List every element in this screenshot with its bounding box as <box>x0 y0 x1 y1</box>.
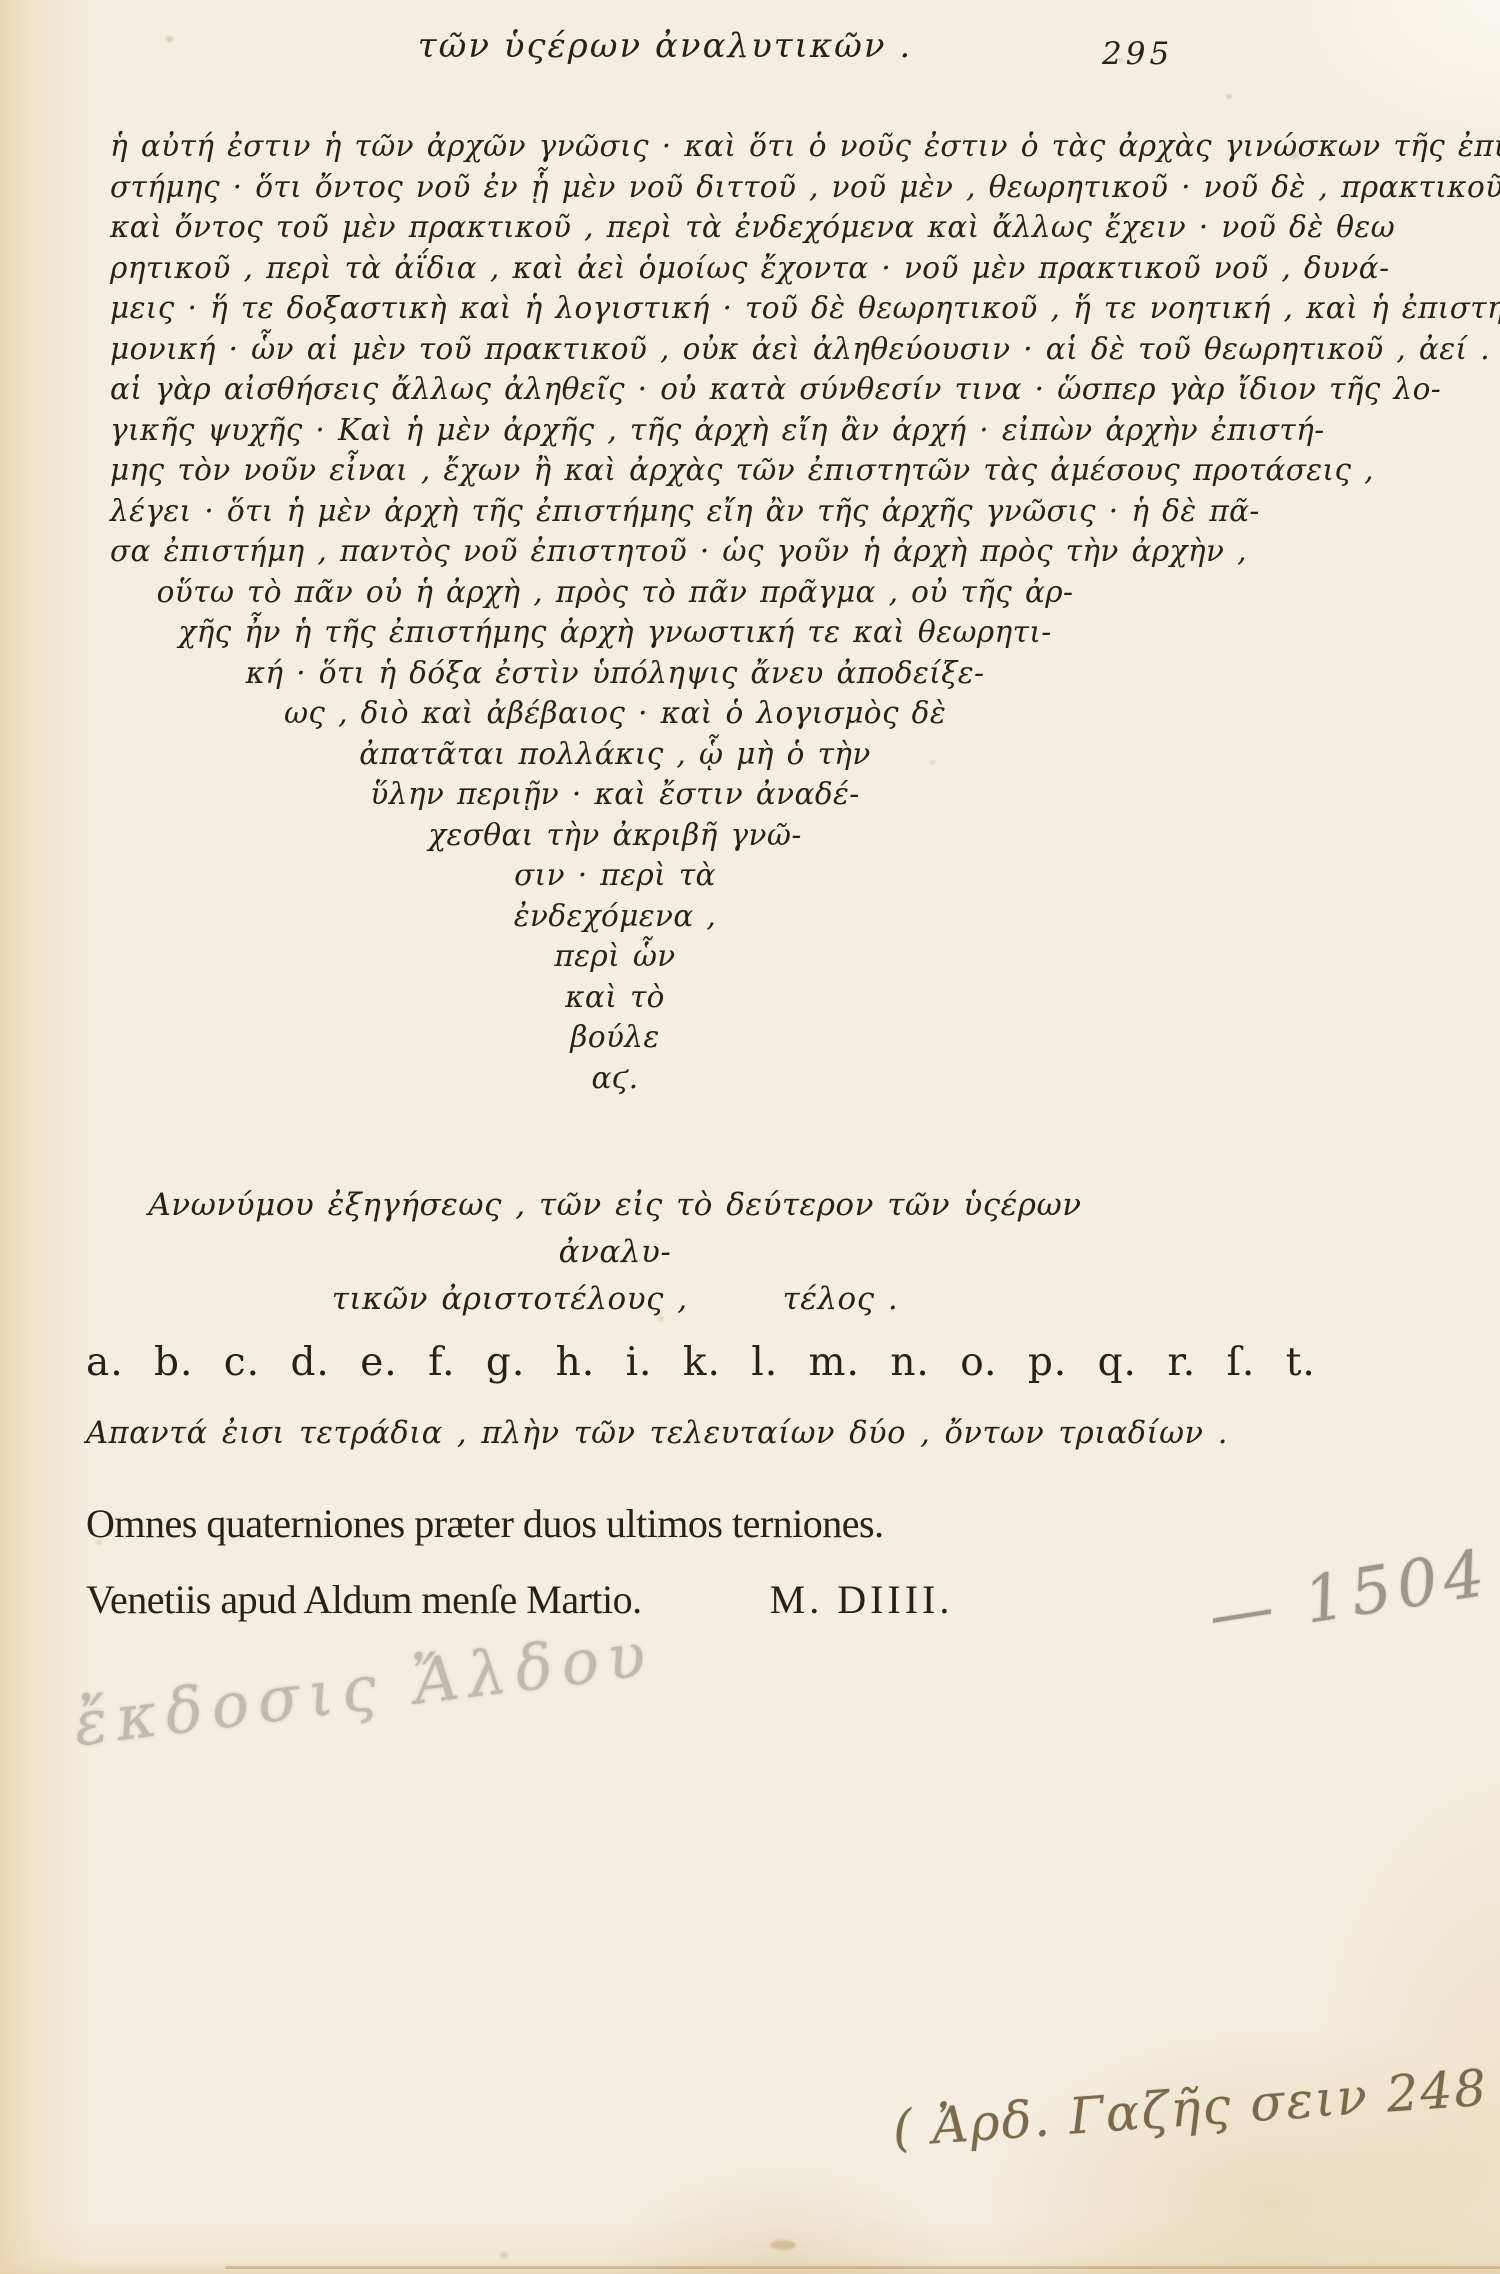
register-letters: a. b. c. d. e. f. g. h. i. k. l. m. n. o… <box>86 1340 1316 1385</box>
imprint-line: Venetiis apud Aldum menſe Martio. M. DII… <box>86 1576 953 1623</box>
greek-text-line: αἱ γὰρ αἰσθήσεις ἄλλως ἀληθεῖς · οὐ κατὰ… <box>110 369 1190 410</box>
colophon-line-2: τικῶν ἀριστοτέλους ,τέλος . <box>110 1276 1120 1323</box>
greek-text-block: ἡ αὐτή ἐστιν ἡ τῶν ἀρχῶν γνῶσις · καὶ ὅτ… <box>110 126 1190 1098</box>
page-bottom-edge <box>225 2266 1500 2269</box>
foxing-spot <box>658 1316 664 1321</box>
foxing-spot <box>96 1540 102 1545</box>
greek-text-line: λέγει · ὅτι ἡ μὲν ἀρχὴ τῆς ἐπιστήμης εἴη… <box>110 491 1190 532</box>
greek-text-line: ρητικοῦ , περὶ τὰ ἀΐδια , καὶ ἀεὶ ὁμοίως… <box>110 248 1190 289</box>
foxing-spot <box>930 760 935 765</box>
pencil-date-annotation: — 1504 <box>1204 1536 1495 1653</box>
greek-text-line: σιν · περὶ τὰ <box>110 855 1190 896</box>
register-greek-note: Απαντά ἐισι τετράδια , πλὴν τῶν τελευταί… <box>86 1416 1228 1451</box>
colophon-telos: τέλος . <box>783 1276 899 1323</box>
imprint-date: M. DIIII. <box>770 1576 954 1623</box>
greek-text-line: χῆς ἦν ἡ τῆς ἐπιστήμης ἀρχὴ γνωστική τε … <box>110 612 1190 653</box>
colophon: Ανωνύμου ἐξηγήσεως , τῶν εἰς τὸ δεύτερον… <box>110 1182 1190 1323</box>
greek-text-line: ἐνδεχόμενα , <box>110 896 1190 937</box>
colophon-line-2-text: τικῶν ἀριστοτέλους , <box>332 1276 688 1323</box>
foxing-spot <box>1118 58 1123 63</box>
greek-text-line: ἡ αὐτή ἐστιν ἡ τῶν ἀρχῶν γνῶσις · καὶ ὅτ… <box>110 126 1190 167</box>
foxing-spot <box>166 36 173 42</box>
greek-text-line: ως , διὸ καὶ ἀβέβαιος · καὶ ὁ λογισμὸς δ… <box>110 693 1190 734</box>
running-title: τῶν ὑςέρων ἀναλυτικῶν . <box>0 26 1415 66</box>
register-latin-note: Omnes quaterniones præter duos ultimos t… <box>86 1500 884 1547</box>
foxing-spot <box>1226 94 1232 99</box>
greek-text-line: σα ἐπιστήμη , παντὸς νοῦ ἐπιστητοῦ · ὡς … <box>110 531 1190 572</box>
greek-text-line: καὶ ὄντος τοῦ μὲν πρακτικοῦ , περὶ τὰ ἐν… <box>110 207 1190 248</box>
colophon-line-1: Ανωνύμου ἐξηγήσεως , τῶν εἰς τὸ δεύτερον… <box>110 1182 1120 1276</box>
greek-text-line: γικῆς ψυχῆς · Καὶ ἡ μὲν ἀρχῆς , τῆς ἀρχὴ… <box>110 410 1190 451</box>
pencil-note-annotation: ἔκδοσις Ἄλδου <box>70 1617 658 1761</box>
greek-text-line: χεσθαι τὴν ἀκριβῆ γνῶ- <box>110 815 1190 856</box>
foxing-spot <box>500 2252 508 2258</box>
greek-text-line: μεις · ἥ τε δοξαστικὴ καὶ ἡ λογιστική · … <box>110 288 1190 329</box>
greek-text-line: κή · ὅτι ἡ δόξα ἐστὶν ὑπόληψις ἄνευ ἀποδ… <box>110 653 1190 694</box>
greek-text-line: ἀπατᾶται πολλάκις , ᾧ μὴ ὁ τὴν <box>110 734 1190 775</box>
imprint-place: Venetiis apud Aldum menſe Martio. <box>86 1576 642 1623</box>
foxing-spot <box>1290 152 1299 159</box>
foxing-spot <box>1352 340 1358 345</box>
foxing-spot <box>770 2240 796 2250</box>
greek-text-line: αϛ. <box>110 1058 1190 1099</box>
scanned-book-page: { "colors": { "paper": "#f4eee0", "ink":… <box>0 0 1500 2274</box>
page-number: 295 <box>1102 36 1173 72</box>
greek-text-line: μονική · ὧν αἱ μὲν τοῦ πρακτικοῦ , οὐκ ἀ… <box>110 329 1190 370</box>
greek-text-line: βούλε <box>110 1017 1190 1058</box>
greek-text-line: ὕλην περιῇν · καὶ ἔστιν ἀναδέ- <box>110 774 1190 815</box>
greek-text-line: περὶ ὧν <box>110 936 1190 977</box>
greek-text-line: οὕτω τὸ πᾶν οὐ ἡ ἀρχὴ , πρὸς τὸ πᾶν πρᾶγ… <box>110 572 1190 613</box>
ink-note-annotation: ( Ἀρδ. Γαζῆς σειν 248 ) <box>891 2056 1500 2158</box>
greek-text-line: μης τὸν νοῦν εἶναι , ἔχων ἢ καὶ ἀρχὰς τῶ… <box>110 450 1190 491</box>
greek-text-line: στήμης · ὅτι ὄντος νοῦ ἐν ᾗ μὲν νοῦ διττ… <box>110 167 1190 208</box>
greek-text-line: καὶ τὸ <box>110 977 1190 1018</box>
